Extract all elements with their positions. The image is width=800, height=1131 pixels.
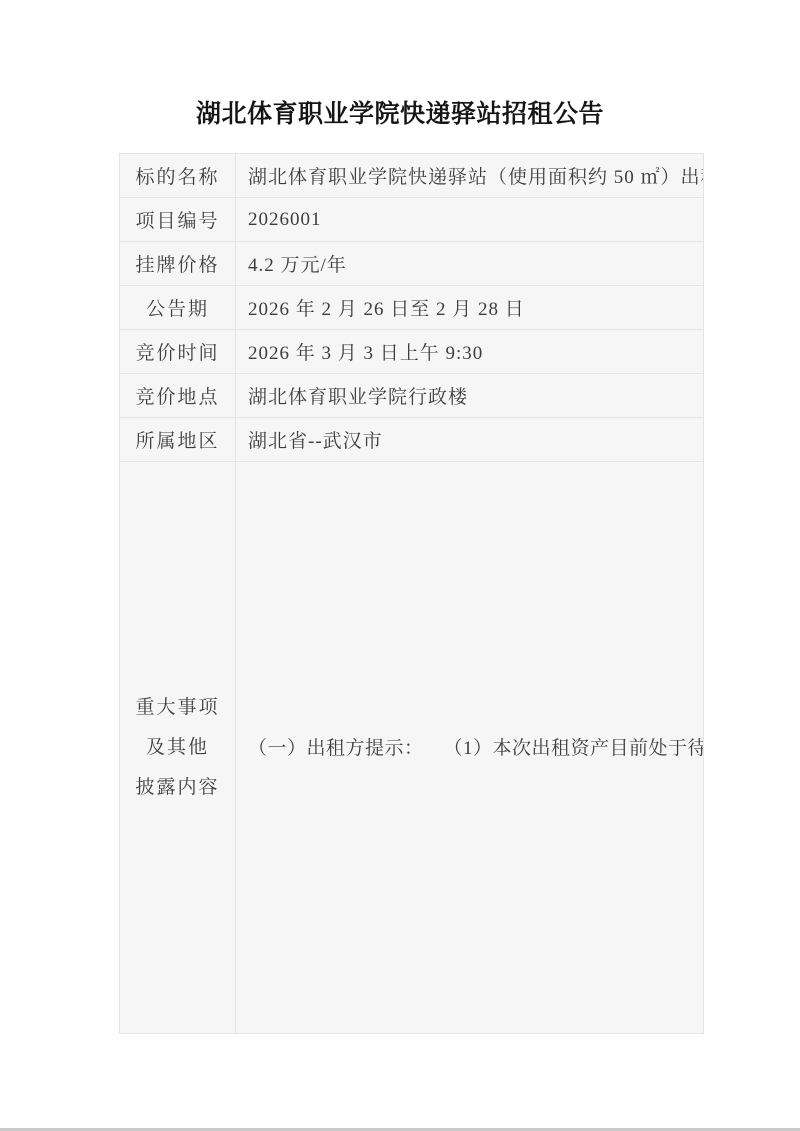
row-label: 所属地区 — [120, 418, 236, 461]
row-label: 标的名称 — [120, 154, 236, 197]
row-value: 4.2 万元/年 — [236, 242, 703, 285]
row-label: 竞价时间 — [120, 330, 236, 373]
row-value: 2026 年 3 月 3 日上午 9:30 — [236, 330, 703, 373]
table-row-disclosure: 重大事项及其他披露内容 （一）出租方提示：（1）本次出租资产目前处于待租状态。（… — [120, 462, 703, 1033]
row-label: 公告期 — [120, 286, 236, 329]
row-label: 竞价地点 — [120, 374, 236, 417]
page-title: 湖北体育职业学院快递驿站招租公告 — [0, 94, 800, 130]
table-row: 竞价地点 湖北体育职业学院行政楼 — [120, 374, 703, 418]
disclosure-label-line: 及其他 — [146, 728, 209, 768]
row-value: 湖北省--武汉市 — [236, 418, 703, 461]
disclosure-label-line: 披露内容 — [135, 768, 219, 808]
table-row: 标的名称 湖北体育职业学院快递驿站（使用面积约 50 ㎡）出租 — [120, 154, 703, 198]
table-row: 公告期 2026 年 2 月 26 日至 2 月 28 日 — [120, 286, 703, 330]
disclosure-label-line: 重大事项 — [135, 688, 219, 728]
disclosure-label: 重大事项及其他披露内容 — [120, 462, 236, 1033]
table-row: 竞价时间 2026 年 3 月 3 日上午 9:30 — [120, 330, 703, 374]
row-label: 项目编号 — [120, 198, 236, 241]
disclosure-line: （一）出租方提示： — [248, 732, 424, 765]
row-value: 湖北体育职业学院行政楼 — [236, 374, 703, 417]
disclosure-content: （一）出租方提示：（1）本次出租资产目前处于待租状态。（2）出租方确认本项目《资… — [236, 462, 703, 1033]
row-value: 湖北体育职业学院快递驿站（使用面积约 50 ㎡）出租 — [236, 154, 703, 197]
disclosure-line: （1）本次出租资产目前处于待租状态。 — [444, 732, 703, 765]
row-value: 2026001 — [236, 198, 703, 241]
announcement-table: 标的名称 湖北体育职业学院快递驿站（使用面积约 50 ㎡）出租 项目编号 202… — [119, 153, 704, 1034]
document-page: 湖北体育职业学院快递驿站招租公告 标的名称 湖北体育职业学院快递驿站（使用面积约… — [0, 0, 800, 1131]
table-row: 挂牌价格 4.2 万元/年 — [120, 242, 703, 286]
table-row: 项目编号 2026001 — [120, 198, 703, 242]
row-label: 挂牌价格 — [120, 242, 236, 285]
row-value: 2026 年 2 月 26 日至 2 月 28 日 — [236, 286, 703, 329]
table-row: 所属地区 湖北省--武汉市 — [120, 418, 703, 462]
